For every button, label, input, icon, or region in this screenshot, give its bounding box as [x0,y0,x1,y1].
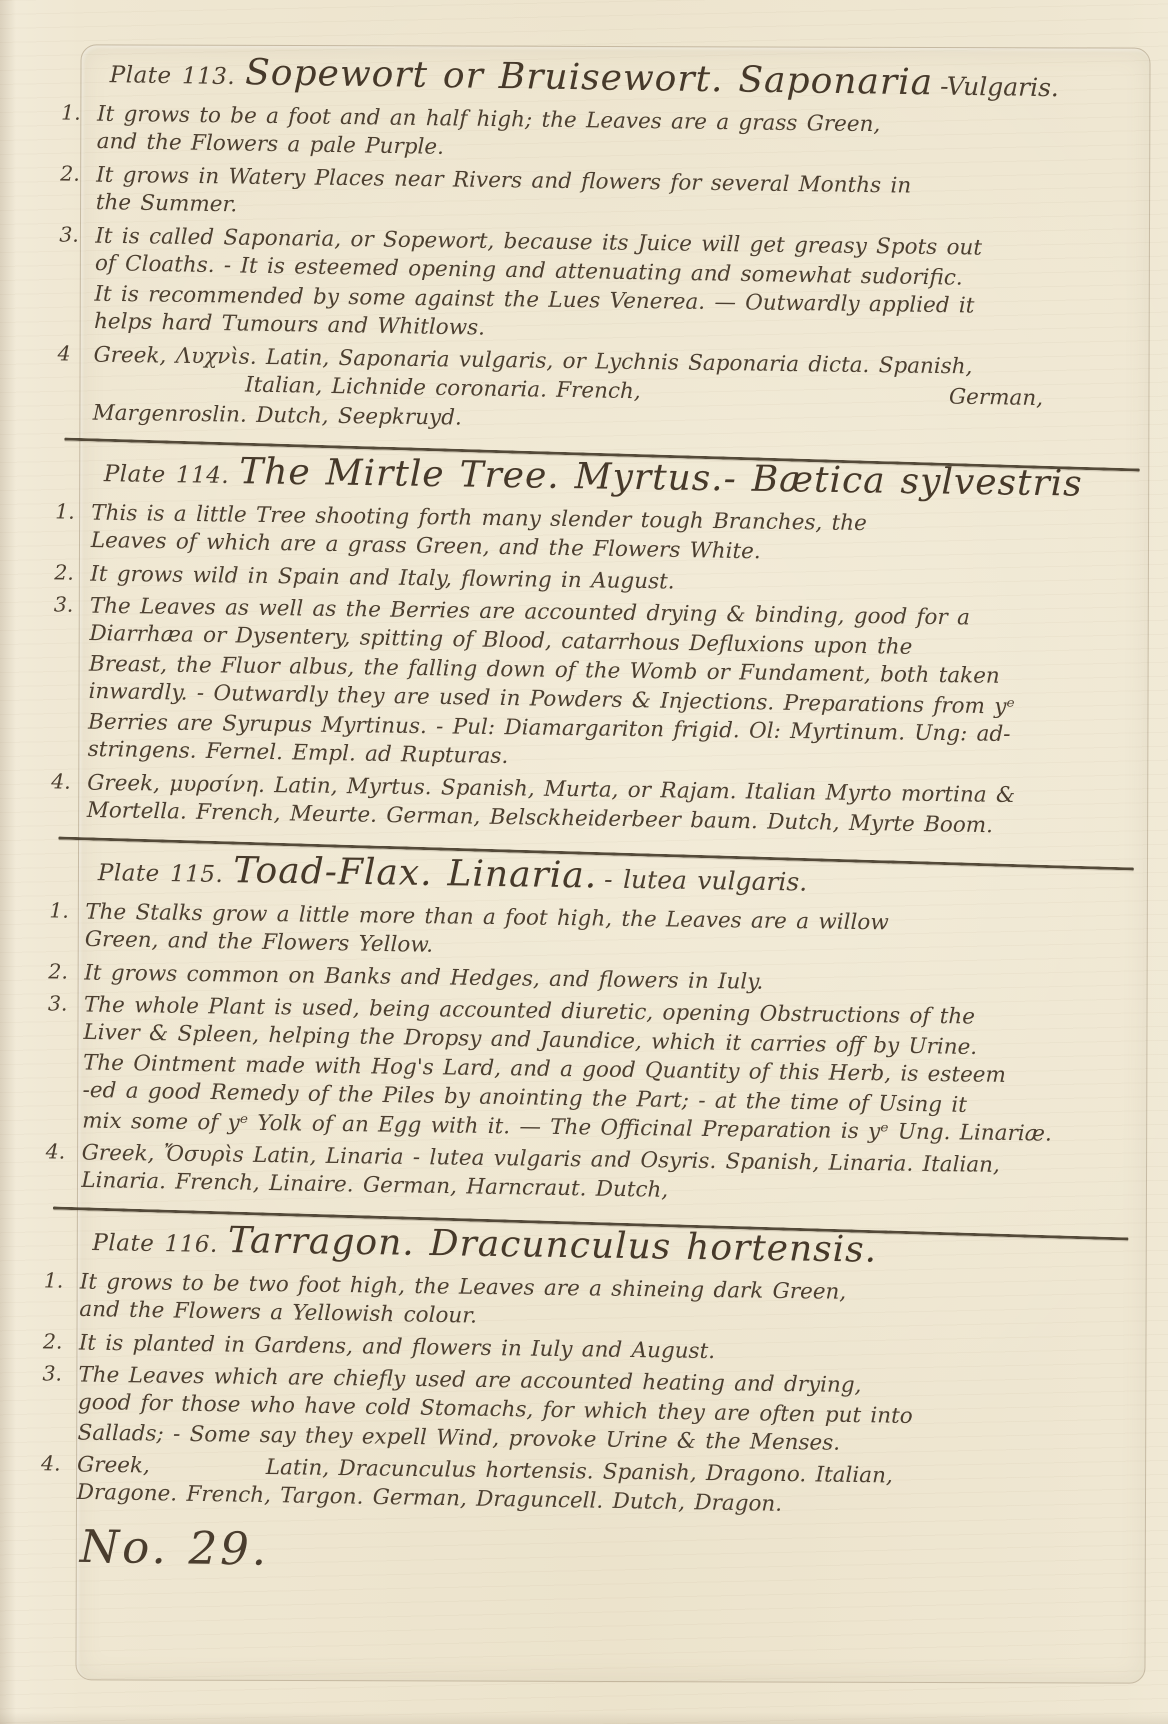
item-number: 2. [43,1327,63,1356]
plate-116-item-3: 3. The Leaves which are chiefly used are… [77,1360,1028,1461]
item-number: 3. [42,1359,62,1388]
plate-label: Plate 113. [110,62,236,90]
plate-115-item-3: 3. The whole Plant is used, being accoun… [82,990,1034,1149]
section-plate-113: Plate 113.Sopewort or Bruisewort. Sapona… [92,56,1047,441]
item-number: 1. [55,497,75,526]
plate-116-item-4-names: 4. Greek,Latin, Dracunculus hortensis. S… [76,1450,1027,1522]
item-number: 2. [54,558,74,587]
page-text: Plate 113.Sopewort or Bruisewort. Sapona… [76,56,1048,1575]
names-greek-label: Greek, [77,1451,150,1481]
section-plate-116: Plate 116.Tarragon. Dracunculus hortensi… [76,1224,1030,1522]
plate-115-item-1: 1. The Stalks grow a little more than a … [85,897,1036,969]
plate-title-main: Toad-Flax. Linaria. [233,850,597,896]
section-plate-115: Plate 115.Toad-Flax. Linaria.- lutea vul… [81,854,1036,1210]
plate-113-item-2: 2. It grows in Watery Places near Rivers… [96,160,1047,232]
item-number: 1. [44,1266,64,1295]
plate-label: Plate 115. [98,860,224,888]
plate-label: Plate 116. [92,1230,218,1258]
plate-114-item-1: 1. This is a little Tree shooting forth … [91,498,1042,570]
paper-bottom-edge [0,1712,1168,1724]
item-number: 4. [51,767,71,796]
plate-label: Plate 114. [104,461,230,489]
item-number: 3. [48,989,68,1018]
item-number: 1. [61,98,81,127]
plate-title-suffix: -Vulgaris. [940,71,1059,102]
herbal-manuscript-page: Plate 113.Sopewort or Bruisewort. Sapona… [0,0,1168,1724]
item-number: 4 [57,339,70,368]
item-number: 4. [46,1137,66,1166]
plate-113-item-3: 3. It is called Saponaria, or Sopewort, … [94,221,1046,351]
item-number: 3. [54,590,74,619]
plate-113-item-4-names: 4 Greek, Λυχνὶs. Latin, Saponaria vulgar… [92,340,1043,441]
plate-title-suffix: - lutea vulgaris. [604,865,807,897]
plate-113-item-1: 1. It grows to be a foot and an half hig… [97,99,1048,171]
item-number: 1. [49,896,69,925]
plate-114-item-3: 3. The Leaves as well as the Berries are… [87,591,1039,779]
plate-114-item-4-names: 4. Greek, μυρσίνη. Latin, Myrtus. Spanis… [87,768,1038,840]
item-number: 2. [48,957,68,986]
item-number: 4. [41,1449,61,1478]
paper-left-edge [0,0,16,1724]
plate-113-title: Plate 113.Sopewort or Bruisewort. Sapona… [109,56,1047,104]
plate-116-item-1: 1. It grows to be two foot high, the Lea… [79,1267,1030,1339]
plate-115-item-4-names: 4. Greek, Ὄσυρὶs Latin, Linaria - lutea … [81,1138,1032,1210]
item-number: 2. [60,159,80,188]
item-number: 3. [59,220,79,249]
section-plate-114: Plate 114.The Mirtle Tree. Myrtus.- Bæti… [87,455,1042,840]
names-german-label: German, [949,382,1044,413]
plate-title-main: The Mirtle Tree. Myrtus.- Bætica sylvest… [239,451,1083,505]
